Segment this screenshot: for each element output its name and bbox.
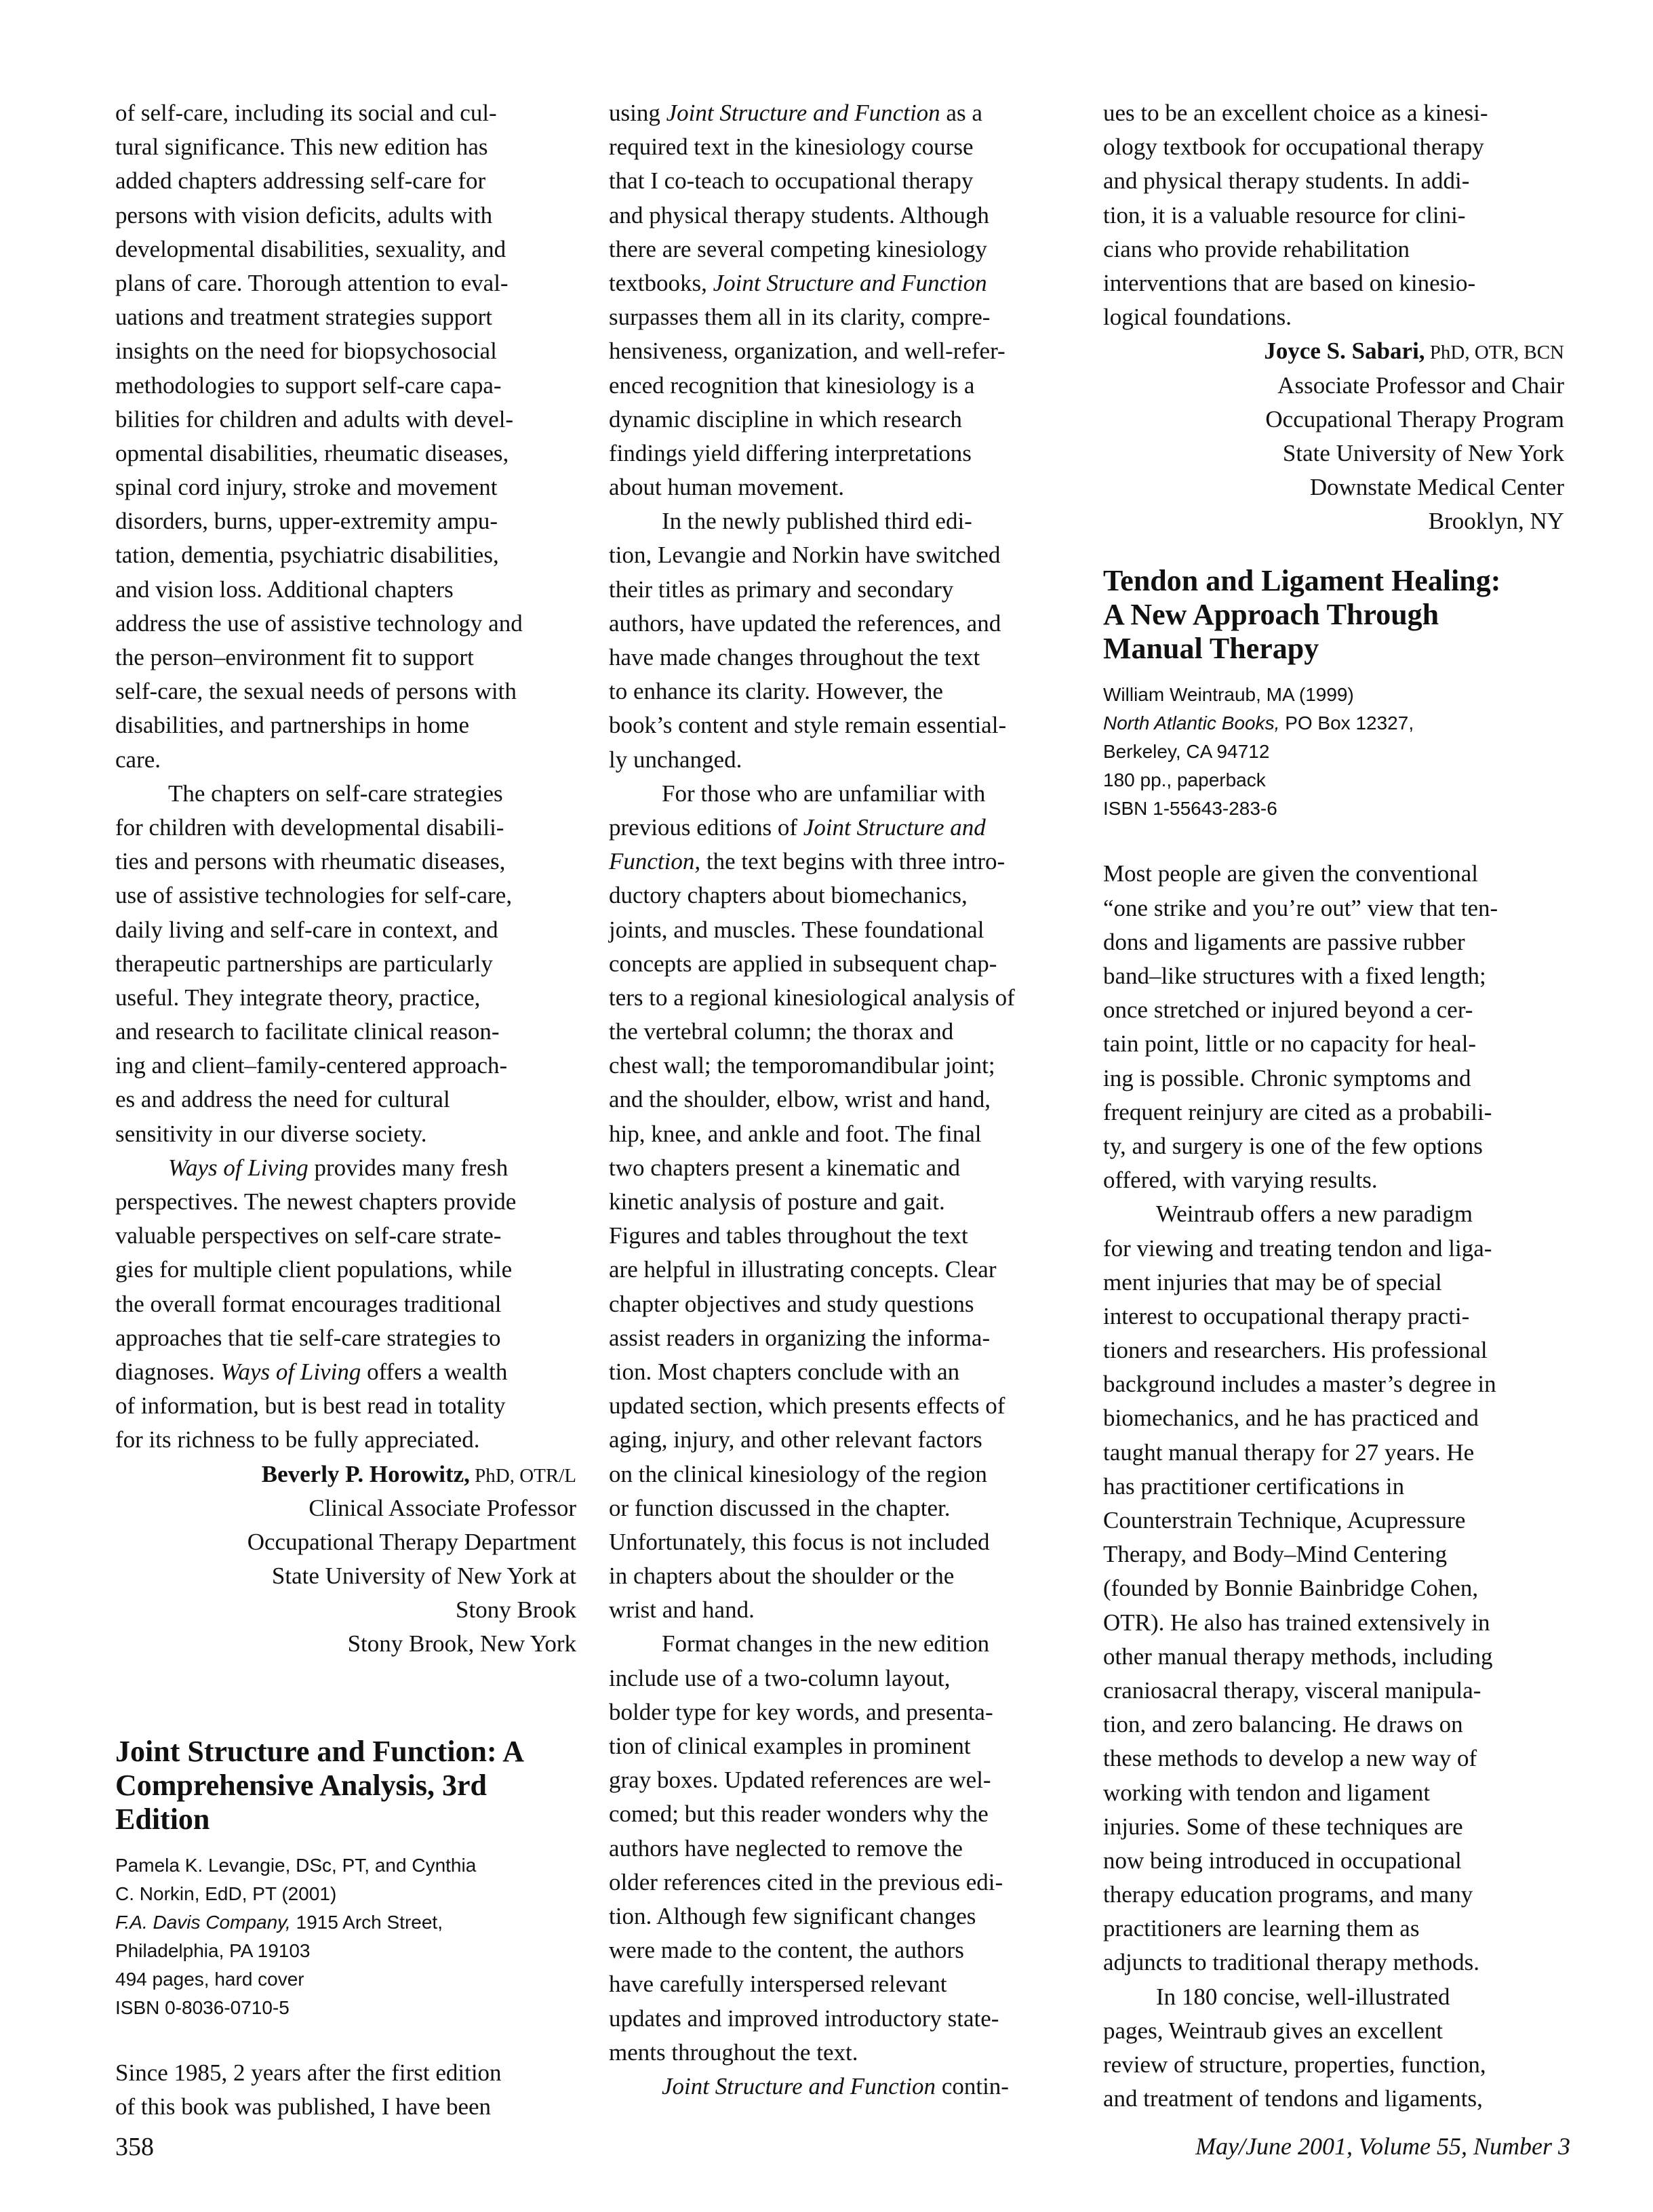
text-line: ology textbook for occupational therapy — [1103, 130, 1564, 164]
text-line: were made to the content, the authors — [609, 1933, 1070, 1967]
book-title-italic: Ways of Living — [168, 1154, 308, 1181]
reviewer-signature: Joyce S. Sabari, PhD, OTR, BCN Associate… — [1103, 334, 1564, 538]
text-line: therapeutic partnerships are particularl… — [115, 947, 576, 981]
text-line: tation, dementia, psychiatric disabiliti… — [115, 538, 576, 572]
text-line: and treatment of tendons and ligaments, — [1103, 2082, 1564, 2116]
column-3: ues to be an excellent choice as a kines… — [1103, 96, 1564, 2116]
book-isbn: ISBN 0-8036-0710-5 — [115, 1994, 576, 2022]
text-line: therapy education programs, and many — [1103, 1878, 1564, 1912]
text-line: dynamic discipline in which research — [609, 403, 1070, 437]
text-line: these methods to develop a new way of — [1103, 1742, 1564, 1775]
text-line: have made changes throughout the text — [609, 641, 1070, 675]
text-line: of self-care, including its social and c… — [115, 96, 576, 130]
paragraph: In the newly published third edi-tion, L… — [609, 504, 1070, 777]
text-line: two chapters present a kinematic and — [609, 1151, 1070, 1185]
text-line: C. Norkin, EdD, PT (2001) — [115, 1880, 576, 1908]
text-line: about human movement. — [609, 470, 1070, 504]
text-line: aging, injury, and other relevant factor… — [609, 1423, 1070, 1457]
reviewer-credentials: PhD, OTR/L — [470, 1465, 576, 1487]
text-line: developmental disabilities, sexuality, a… — [115, 233, 576, 266]
text-line: daily living and self-care in context, a… — [115, 913, 576, 947]
paragraph: Most people are given the conventional“o… — [1103, 857, 1564, 1197]
text-line: authors, have updated the references, an… — [609, 607, 1070, 641]
text-line: Counterstrain Technique, Acupressure — [1103, 1504, 1564, 1537]
text-line: the person–environment fit to support — [115, 641, 576, 675]
text-line: es and address the need for cultural — [115, 1083, 576, 1117]
text-line: chest wall; the temporomandibular joint; — [609, 1049, 1070, 1083]
text-line: perspectives. The newest chapters provid… — [115, 1185, 576, 1219]
text-line: Joint Structure and Function: A — [115, 1735, 576, 1769]
text-line: wrist and hand. — [609, 1593, 1070, 1627]
text-line: Occupational Therapy Program — [1103, 403, 1564, 437]
column-1: of self-care, including its social and c… — [115, 96, 576, 2124]
page-number: 358 — [115, 2132, 154, 2162]
review-header: Joint Structure and Function: AComprehen… — [115, 1735, 576, 2022]
text-line: adjuncts to traditional therapy methods. — [1103, 1946, 1564, 1979]
text-line: tion, it is a valuable resource for clin… — [1103, 199, 1564, 233]
text-line: Comprehensive Analysis, 3rd — [115, 1769, 576, 1803]
text-line: use of assistive technologies for self-c… — [115, 879, 576, 912]
text-line: required text in the kinesiology course — [609, 130, 1070, 164]
text-line: The chapters on self-care strategies — [115, 777, 576, 811]
text-line: Downstate Medical Center — [1103, 470, 1564, 504]
text-line: persons with vision deficits, adults wit… — [115, 199, 576, 233]
text-line: interest to occupational therapy practi- — [1103, 1300, 1564, 1333]
text-line: comed; but this reader wonders why the — [609, 1797, 1070, 1831]
book-title-italic: Ways of Living — [221, 1359, 361, 1385]
reviewer-name: Beverly P. Horowitz, — [262, 1461, 470, 1487]
text-line: Stony Brook — [115, 1593, 576, 1627]
text-line: Since 1985, 2 years after the first edit… — [115, 2056, 576, 2090]
book-pages: 494 pages, hard cover — [115, 1965, 576, 1994]
paragraph: Weintraub offers a new paradigmfor viewi… — [1103, 1197, 1564, 1979]
text-line: opmental disabilities, rheumatic disease… — [115, 437, 576, 470]
paragraph: of self-care, including its social and c… — [115, 96, 576, 777]
text-line: sensitivity in our diverse society. — [115, 1117, 576, 1151]
text-line: has practitioner certifications in — [1103, 1470, 1564, 1504]
text-line: practitioners are learning them as — [1103, 1912, 1564, 1946]
text-line: older references cited in the previous e… — [609, 1866, 1070, 1899]
text-line: interventions that are based on kinesio- — [1103, 266, 1564, 300]
text-line: kinetic analysis of posture and gait. — [609, 1185, 1070, 1219]
text-line: bilities for children and adults with de… — [115, 403, 576, 437]
text-line: for its richness to be fully appreciated… — [115, 1423, 576, 1457]
text-line: tion, and zero balancing. He draws on — [1103, 1708, 1564, 1742]
text-line: that I co-teach to occupational therapy — [609, 164, 1070, 198]
text-line: taught manual therapy for 27 years. He — [1103, 1436, 1564, 1470]
text-line: for children with developmental disabili… — [115, 811, 576, 845]
text-line: ment injuries that may be of special — [1103, 1266, 1564, 1300]
text-line: (founded by Bonnie Bainbridge Cohen, — [1103, 1571, 1564, 1605]
text-line: surpasses them all in its clarity, compr… — [609, 300, 1070, 334]
text-line: In 180 concise, well-illustrated — [1103, 1980, 1564, 2014]
text-line: book’s content and style remain essentia… — [609, 708, 1070, 742]
text-line: A New Approach Through — [1103, 598, 1564, 632]
text-line: on the clinical kinesiology of the regio… — [609, 1457, 1070, 1491]
paragraph: Since 1985, 2 years after the first edit… — [115, 2056, 576, 2124]
text-line: Unfortunately, this focus is not include… — [609, 1525, 1070, 1559]
text-line: to enhance its clarity. However, the — [609, 675, 1070, 708]
text-line: disorders, burns, upper-extremity ampu- — [115, 504, 576, 538]
book-publisher: F.A. Davis Company, 1915 Arch Street, — [115, 1908, 576, 1937]
text-line: Tendon and Ligament Healing: — [1103, 564, 1564, 598]
text-line: Figures and tables throughout the text — [609, 1219, 1070, 1253]
text-line: have carefully interspersed relevant — [609, 1967, 1070, 2001]
text-line: dons and ligaments are passive rubber — [1103, 925, 1564, 959]
text-line: disabilities, and partnerships in home — [115, 708, 576, 742]
text-line: valuable perspectives on self-care strat… — [115, 1219, 576, 1253]
review-title: Tendon and Ligament Healing:A New Approa… — [1103, 564, 1564, 666]
text-line: spinal cord injury, stroke and movement — [115, 470, 576, 504]
text-line: In the newly published third edi- — [609, 504, 1070, 538]
text-line: tion. Although few significant changes — [609, 1899, 1070, 1933]
text-line: uations and treatment strategies support — [115, 300, 576, 334]
text-line: tion. Most chapters conclude with an — [609, 1355, 1070, 1389]
text-line: care. — [115, 743, 576, 777]
text-line: ments throughout the text. — [609, 2036, 1070, 2070]
text-line: ters to a regional kinesiological analys… — [609, 981, 1070, 1015]
issue-info: May/June 2001, Volume 55, Number 3 — [1195, 2132, 1570, 2160]
review-header: Tendon and Ligament Healing:A New Approa… — [1103, 564, 1564, 823]
text-line: review of structure, properties, functio… — [1103, 2048, 1564, 2082]
text-line: their titles as primary and secondary — [609, 573, 1070, 607]
text-line: of information, but is best read in tota… — [115, 1389, 576, 1423]
text-line: Format changes in the new edition — [609, 1627, 1070, 1661]
reviewer-signature: Beverly P. Horowitz, PhD, OTR/L Clinical… — [115, 1457, 576, 1662]
text-line: or function discussed in the chapter. — [609, 1491, 1070, 1525]
paragraph: For those who are unfamiliar with previo… — [609, 777, 1070, 1628]
text-line: cians who provide rehabilitation — [1103, 233, 1564, 266]
paragraph: Ways of Living provides many fresh persp… — [115, 1151, 576, 1457]
book-author: William Weintraub, MA (1999) — [1103, 681, 1564, 709]
text-line: Clinical Associate Professor — [115, 1491, 576, 1525]
text-line: ductory chapters about biomechanics, — [609, 879, 1070, 912]
paragraph: using Joint Structure and Function as a … — [609, 96, 1070, 504]
paragraph: ues to be an excellent choice as a kines… — [1103, 96, 1564, 334]
text-line: tain point, little or no capacity for he… — [1103, 1027, 1564, 1061]
text-line: and research to facilitate clinical reas… — [115, 1015, 576, 1049]
text-line: updates and improved introductory state- — [609, 2002, 1070, 2036]
text-line: enced recognition that kinesiology is a — [609, 369, 1070, 403]
text-line: tural significance. This new edition has — [115, 130, 576, 164]
text-line: gies for multiple client populations, wh… — [115, 1253, 576, 1287]
text-line: ing is possible. Chronic symptoms and — [1103, 1062, 1564, 1095]
book-address: Berkeley, CA 94712 — [1103, 738, 1564, 766]
text-line: and vision loss. Additional chapters — [115, 573, 576, 607]
text-line: State University of New York — [1103, 437, 1564, 470]
text-line: background includes a master’s degree in — [1103, 1367, 1564, 1401]
reviewer-name: Joyce S. Sabari, — [1264, 338, 1425, 364]
text-line: there are several competing kinesiology — [609, 233, 1070, 266]
text-line: Most people are given the conventional — [1103, 857, 1564, 891]
book-address: Philadelphia, PA 19103 — [115, 1937, 576, 1965]
text-line: hip, knee, and ankle and foot. The final — [609, 1117, 1070, 1151]
text-line: tion, Levangie and Norkin have switched — [609, 538, 1070, 572]
text-line: chapter objectives and study questions — [609, 1287, 1070, 1321]
text-line: of this book was published, I have been — [115, 2090, 576, 2124]
book-pages: 180 pp., paperback — [1103, 766, 1564, 795]
text-line: findings yield differing interpretations — [609, 437, 1070, 470]
text-line: Associate Professor and Chair — [1103, 369, 1564, 403]
text-line: ues to be an excellent choice as a kines… — [1103, 96, 1564, 130]
text-line: Weintraub offers a new paradigm — [1103, 1197, 1564, 1231]
text-line: the vertebral column; the thorax and — [609, 1015, 1070, 1049]
text-line: methodologies to support self-care capa- — [115, 369, 576, 403]
paragraph: Format changes in the new editioninclude… — [609, 1627, 1070, 2069]
book-title-italic: Joint Structure and Function — [713, 270, 987, 296]
text-line: and physical therapy students. In addi- — [1103, 164, 1564, 198]
text-line: craniosacral therapy, visceral manipula- — [1103, 1674, 1564, 1708]
text-line: gray boxes. Updated references are wel- — [609, 1763, 1070, 1797]
paragraph: In 180 concise, well-illustratedpages, W… — [1103, 1980, 1564, 2116]
book-publisher: North Atlantic Books, PO Box 12327, — [1103, 709, 1564, 738]
text-line: self-care, the sexual needs of persons w… — [115, 675, 576, 708]
text-line: and the shoulder, elbow, wrist and hand, — [609, 1083, 1070, 1117]
text-line: insights on the need for biopsychosocial — [115, 334, 576, 368]
text-line: plans of care. Thorough attention to eva… — [115, 266, 576, 300]
text-line: are helpful in illustrating concepts. Cl… — [609, 1253, 1070, 1287]
text-line: Pamela K. Levangie, DSc, PT, and Cynthia — [115, 1851, 576, 1880]
paragraph: Joint Structure and Function contin- — [609, 2070, 1070, 2104]
text-line: Therapy, and Body–Mind Centering — [1103, 1537, 1564, 1571]
text-line: now being introduced in occupational — [1103, 1844, 1564, 1878]
text-line: biomechanics, and he has practiced and — [1103, 1401, 1564, 1435]
book-title-italic: Joint Structure and Function — [666, 100, 940, 126]
reviewer-credentials: PhD, OTR, BCN — [1425, 342, 1564, 363]
text-line: Stony Brook, New York — [115, 1627, 576, 1661]
text-line: ties and persons with rheumatic diseases… — [115, 845, 576, 879]
text-line: useful. They integrate theory, practice, — [115, 981, 576, 1015]
paragraph: The chapters on self-care strategiesfor … — [115, 777, 576, 1151]
book-isbn: ISBN 1-55643-283-6 — [1103, 795, 1564, 823]
text-line: the overall format encourages traditiona… — [115, 1287, 576, 1321]
text-line: other manual therapy methods, including — [1103, 1640, 1564, 1674]
text-line: ly unchanged. — [609, 743, 1070, 777]
text-line: Occupational Therapy Department — [115, 1525, 576, 1559]
text-line: once stretched or injured beyond a cer- — [1103, 993, 1564, 1027]
text-line: include use of a two-column layout, — [609, 1662, 1070, 1695]
review-title: Joint Structure and Function: AComprehen… — [115, 1735, 576, 1836]
text-line: added chapters addressing self-care for — [115, 164, 576, 198]
text-line: frequent reinjury are cited as a probabi… — [1103, 1095, 1564, 1129]
text-line: joints, and muscles. These foundational — [609, 913, 1070, 947]
text-line: tioners and researchers. His professiona… — [1103, 1333, 1564, 1367]
text-line: State University of New York at — [115, 1559, 576, 1593]
text-line: bolder type for key words, and presenta- — [609, 1695, 1070, 1729]
text-line: and physical therapy students. Although — [609, 199, 1070, 233]
text-line: pages, Weintraub gives an excellent — [1103, 2014, 1564, 2048]
text-line: Edition — [115, 1803, 576, 1836]
text-line: address the use of assistive technology … — [115, 607, 576, 641]
text-line: for viewing and treating tendon and liga… — [1103, 1232, 1564, 1266]
text-line: ing and client–family-centered approach- — [115, 1049, 576, 1083]
text-line: band–like structures with a fixed length… — [1103, 959, 1564, 993]
text-line: concepts are applied in subsequent chap- — [609, 947, 1070, 981]
text-line: OTR). He also has trained extensively in — [1103, 1606, 1564, 1640]
text-line: injuries. Some of these techniques are — [1103, 1810, 1564, 1844]
text-line: assist readers in organizing the informa… — [609, 1321, 1070, 1355]
text-line: updated section, which presents effects … — [609, 1389, 1070, 1423]
text-line: logical foundations. — [1103, 300, 1564, 334]
text-line: authors have neglected to remove the — [609, 1832, 1070, 1866]
book-authors: Pamela K. Levangie, DSc, PT, and Cynthia… — [115, 1851, 576, 1908]
text-line: offered, with varying results. — [1103, 1163, 1564, 1197]
text-line: Manual Therapy — [1103, 632, 1564, 666]
text-line: Brooklyn, NY — [1103, 504, 1564, 538]
column-2: using Joint Structure and Function as a … — [609, 96, 1070, 2104]
text-line: ty, and surgery is one of the few option… — [1103, 1129, 1564, 1163]
text-line: hensiveness, organization, and well-refe… — [609, 334, 1070, 368]
text-line: working with tendon and ligament — [1103, 1776, 1564, 1810]
text-line: approaches that tie self-care strategies… — [115, 1321, 576, 1355]
text-line: “one strike and you’re out” view that te… — [1103, 891, 1564, 925]
text-line: in chapters about the shoulder or the — [609, 1559, 1070, 1593]
text-line: tion of clinical examples in prominent — [609, 1729, 1070, 1763]
